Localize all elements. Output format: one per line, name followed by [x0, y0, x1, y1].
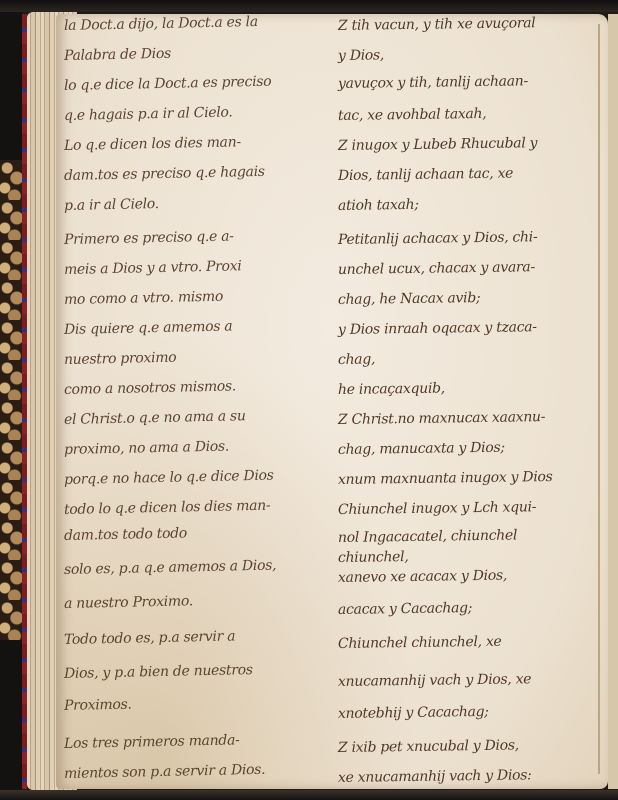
text-line: Chiunchel chiunchel, xe	[338, 634, 502, 652]
text-line: chag, manucaxta y Dios;	[338, 440, 505, 458]
text-line: atioh taxah;	[338, 197, 419, 214]
next-page-edge	[608, 14, 618, 789]
text-line: yavuçox y tih, tanlij achaan-	[338, 73, 528, 92]
text-line: Palabra de Dios	[64, 46, 171, 64]
text-line: a nuestro Proximo.	[64, 593, 193, 612]
text-line: chag, he Nacax avib;	[338, 290, 481, 308]
text-line: Z inugox y Lubeb Rhucubal y	[338, 135, 537, 154]
text-line: he incaçaxquib,	[338, 381, 445, 398]
cover-spine-bottom	[0, 640, 22, 800]
text-line: xanevo xe acacax y Dios,	[338, 568, 507, 586]
text-line: Z Christ.no maxnucax xaaxnu-	[338, 409, 545, 428]
text-line: y Dios inraah oqacax y tzaca-	[338, 319, 537, 338]
text-line: Z tih vacun, y tih xe avuçoral	[338, 15, 536, 34]
text-line: mo como a vtro. mismo	[64, 289, 223, 308]
text-line: xnum maxnuanta inugox y Dios	[338, 469, 553, 488]
text-line: nol Ingacacatel, chiunchel	[338, 528, 517, 546]
text-line: nuestro proximo	[64, 350, 177, 368]
text-line: xe xnucamanhij vach y Dios:	[338, 767, 532, 786]
text-line: chiunchel,	[338, 549, 409, 566]
text-line: Proximos.	[64, 697, 132, 714]
text-line: chag,	[338, 351, 375, 368]
text-line: dam.tos todo todo	[64, 525, 187, 544]
page-fold-line	[598, 24, 600, 774]
text-line: xnotebhij y Cacachag;	[338, 704, 489, 722]
cover-top-edge	[0, 0, 618, 12]
text-line: xnucamanhij vach y Dios, xe	[338, 671, 531, 690]
text-line: Z ixib pet xnucubal y Dios,	[338, 737, 519, 756]
text-line: Chiunchel inugox y Lch xqui-	[338, 499, 536, 518]
text-line: unchel ucux, chacax y avara-	[338, 259, 535, 278]
text-line: acacax y Cacachag;	[338, 600, 472, 618]
cover-bottom-edge	[0, 790, 618, 800]
text-line: y Dios,	[338, 47, 384, 64]
cover-spine-top	[0, 0, 22, 160]
text-line: Dios, tanlij achaan tac, xe	[338, 166, 513, 184]
text-line: p.a ir al Cielo.	[64, 196, 159, 214]
marbled-cover	[0, 160, 24, 640]
text-line: tac, xe avohbal taxah,	[338, 106, 487, 124]
text-line: Petitanlij achacax y Dios, chi-	[338, 229, 538, 248]
